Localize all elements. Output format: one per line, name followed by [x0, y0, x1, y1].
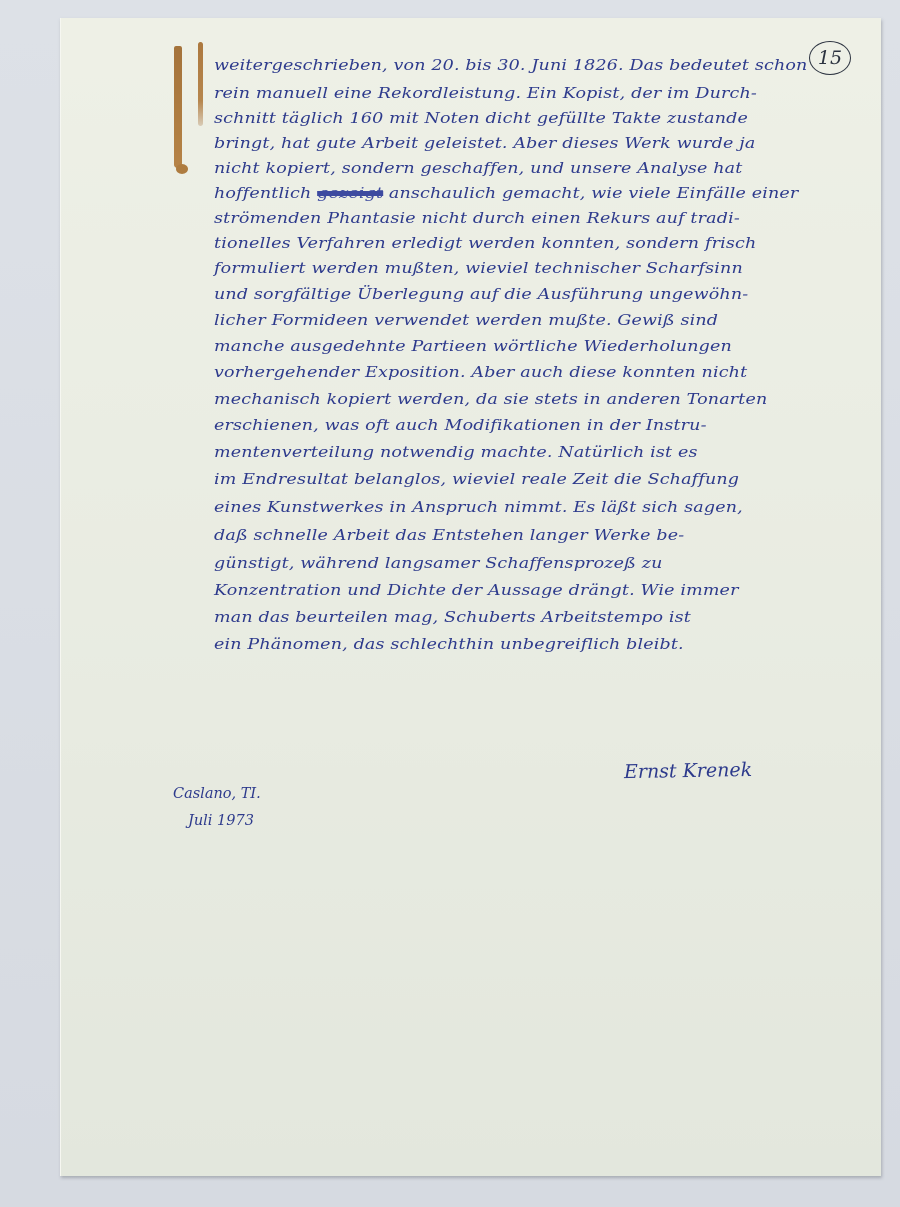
text-line: mechanisch kopiert werden, da sie stets …	[214, 390, 767, 408]
text-line: und sorgfältige Überlegung auf die Ausfü…	[214, 285, 748, 303]
text-line: vorhergehender Exposition. Aber auch die…	[214, 363, 747, 381]
text-line: Konzentration und Dichte der Aussage drä…	[214, 581, 739, 599]
text-line: formuliert werden mußten, wieviel techni…	[214, 259, 743, 277]
text-line: eines Kunstwerkes in Anspruch nimmt. Es …	[214, 498, 743, 516]
text-line: bringt, hat gute Arbeit geleistet. Aber …	[214, 134, 755, 152]
text-line: mentenverteilung notwendig machte. Natür…	[214, 443, 698, 461]
ink-stain-mark	[198, 42, 203, 126]
text-line: strömenden Phantasie nicht durch einen R…	[214, 209, 740, 227]
text-line: ein Phänomen, das schlechthin unbegreifl…	[214, 635, 684, 653]
text-fragment: anschaulich gemacht, wie viele Einfälle …	[383, 184, 798, 202]
date-line: Juli 1973	[188, 813, 254, 829]
text-line: erschienen, was oft auch Modifikationen …	[214, 416, 707, 434]
text-line-with-strikeout: hoffentlich gezeigt anschaulich gemacht,…	[214, 184, 798, 202]
text-line: manche ausgedehnte Partieen wörtliche Wi…	[214, 337, 732, 355]
text-line: licher Formideen verwendet werden mußte.…	[214, 311, 718, 329]
text-line: günstigt, während langsamer Schaffenspro…	[214, 554, 663, 572]
author-signature: Ernst Krenek	[624, 759, 753, 783]
text-line: rein manuell eine Rekordleistung. Ein Ko…	[214, 84, 757, 102]
ink-stain-mark	[174, 46, 182, 168]
text-fragment: hoffentlich	[214, 184, 311, 202]
text-line: daß schnelle Arbeit das Entstehen langer…	[214, 526, 684, 544]
text-line: man das beurteilen mag, Schuberts Arbeit…	[214, 608, 691, 626]
text-line: weitergeschrieben, von 20. bis 30. Juni …	[214, 56, 807, 74]
struck-out-word: gezeigt	[317, 184, 383, 202]
text-line: tionelles Verfahren erledigt werden konn…	[214, 234, 756, 252]
manuscript-page: 15 weitergeschrieben, von 20. bis 30. Ju…	[60, 18, 881, 1176]
text-line: nicht kopiert, sondern geschaffen, und u…	[214, 159, 742, 177]
text-line: schnitt täglich 160 mit Noten dicht gefü…	[214, 109, 748, 127]
place-line: Caslano, TI.	[173, 786, 261, 802]
text-line: im Endresultat belanglos, wieviel reale …	[214, 470, 739, 488]
page-number-circled: 15	[809, 41, 851, 75]
